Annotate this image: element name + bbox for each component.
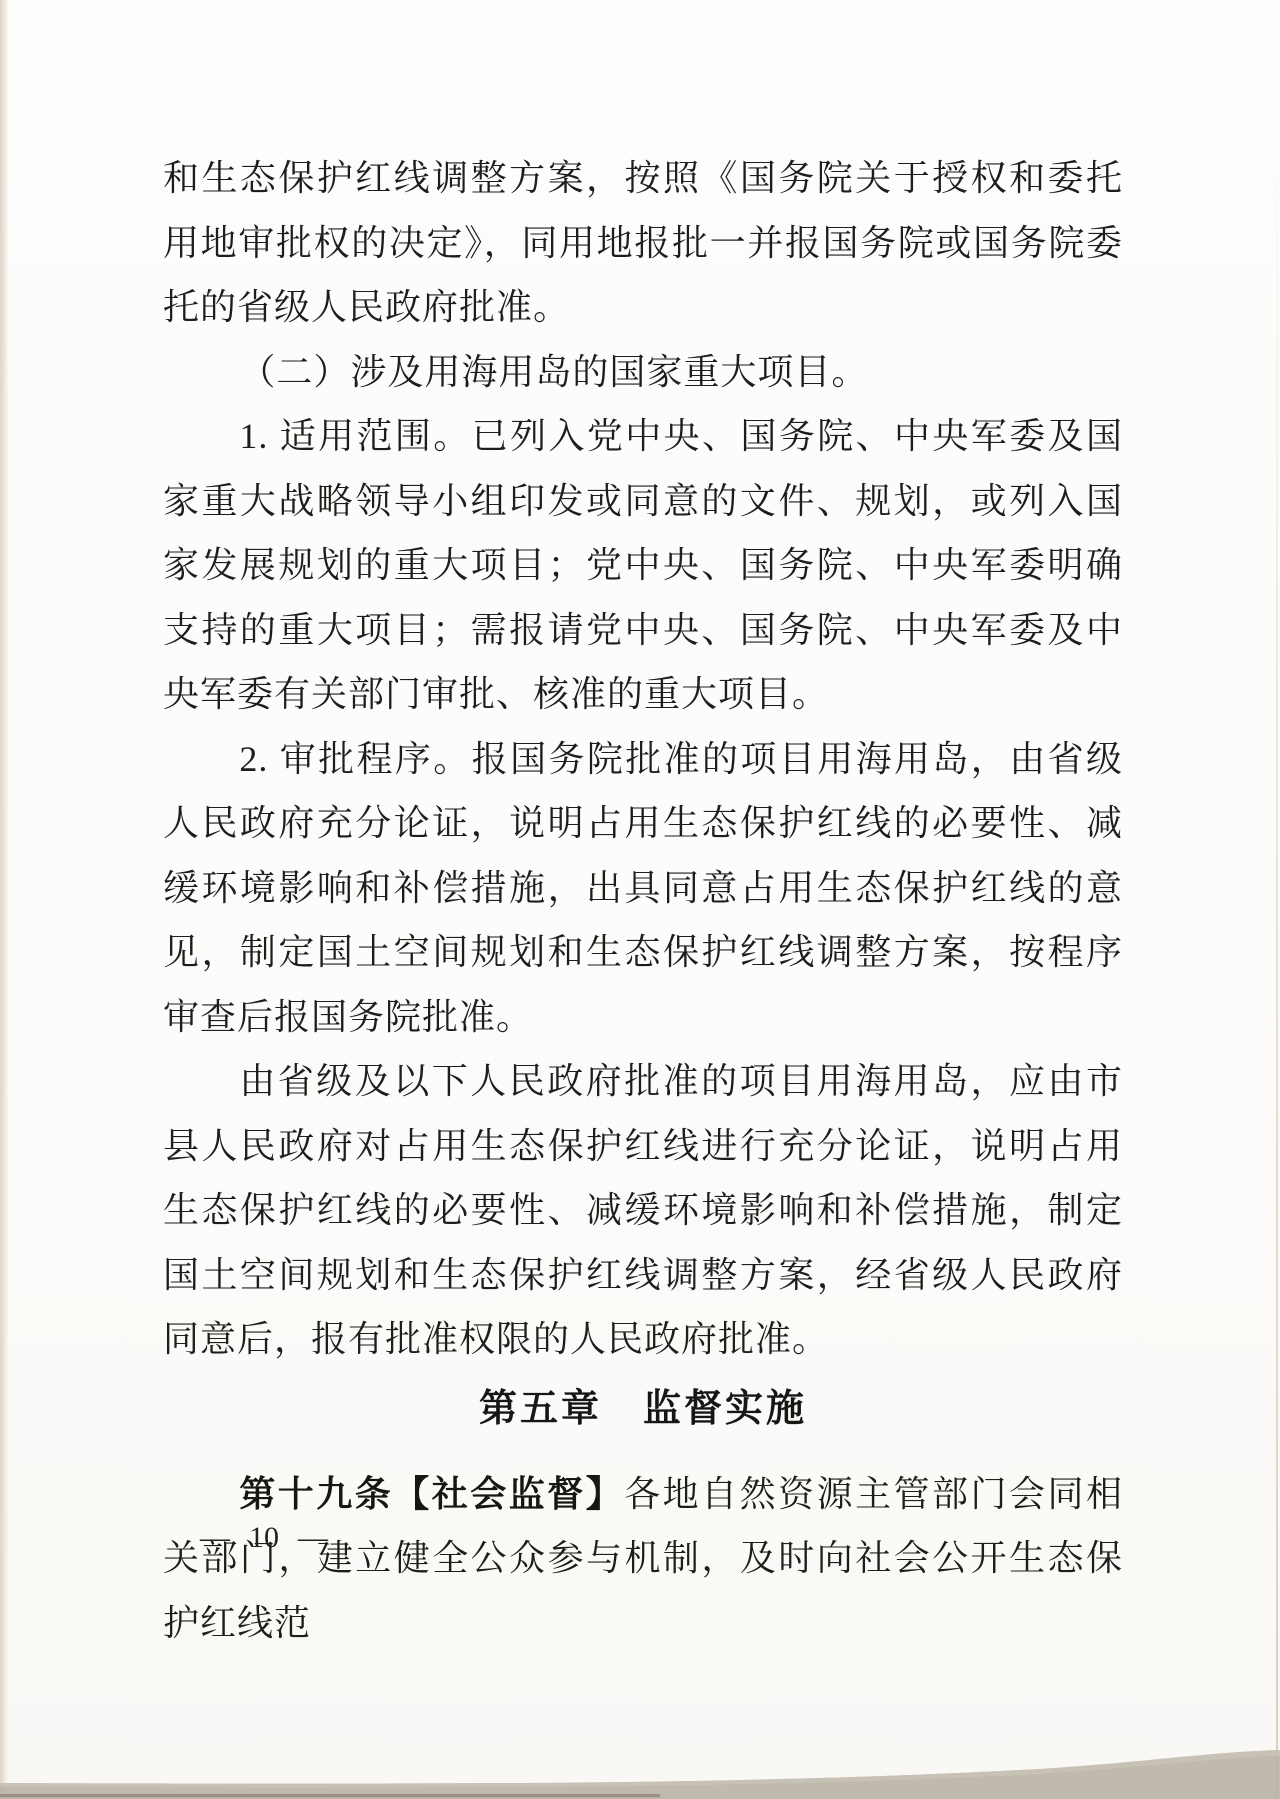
article-19-lead: 第十九条【社会监督】 (239, 1473, 624, 1514)
paper-right-edge (1276, 120, 1278, 1799)
paper-bottom-edge (0, 1739, 1280, 1799)
page-number: 10 (249, 1518, 279, 1558)
footer-right-dash: — (298, 1518, 328, 1558)
paper-left-edge (0, 0, 8, 1799)
footer-left-dash: — (200, 1518, 230, 1558)
paragraph-approval-procedure: 2. 审批程序。报国务院批准的项目用海用岛，由省级人民政府充分论证，说明占用生态… (163, 727, 1123, 1050)
paragraph-provincial-approval: 由省级及以下人民政府批准的项目用海用岛，应由市县人民政府对占用生态保护红线进行充… (163, 1049, 1123, 1372)
paragraph-continuation: 和生态保护红线调整方案，按照《国务院关于授权和委托用地审批权的决定》，同用地报批… (163, 146, 1123, 340)
paragraph-item-2: （二）涉及用海用岛的国家重大项目。 (163, 340, 1123, 405)
paragraph-article-19: 第十九条【社会监督】各地自然资源主管部门会同相关部门，建立健全公众参与机制，及时… (163, 1462, 1123, 1656)
scanned-document-page: 和生态保护红线调整方案，按照《国务院关于授权和委托用地审批权的决定》，同用地报批… (0, 0, 1280, 1799)
paragraph-scope: 1. 适用范围。已列入党中央、国务院、中央军委及国家重大战略领导小组印发或同意的… (163, 404, 1123, 727)
document-body: 和生态保护红线调整方案，按照《国务院关于授权和委托用地审批权的决定》，同用地报批… (163, 146, 1123, 1655)
chapter-heading: 第五章 监督实施 (163, 1384, 1123, 1434)
page-number-footer: —10— (200, 1518, 328, 1558)
